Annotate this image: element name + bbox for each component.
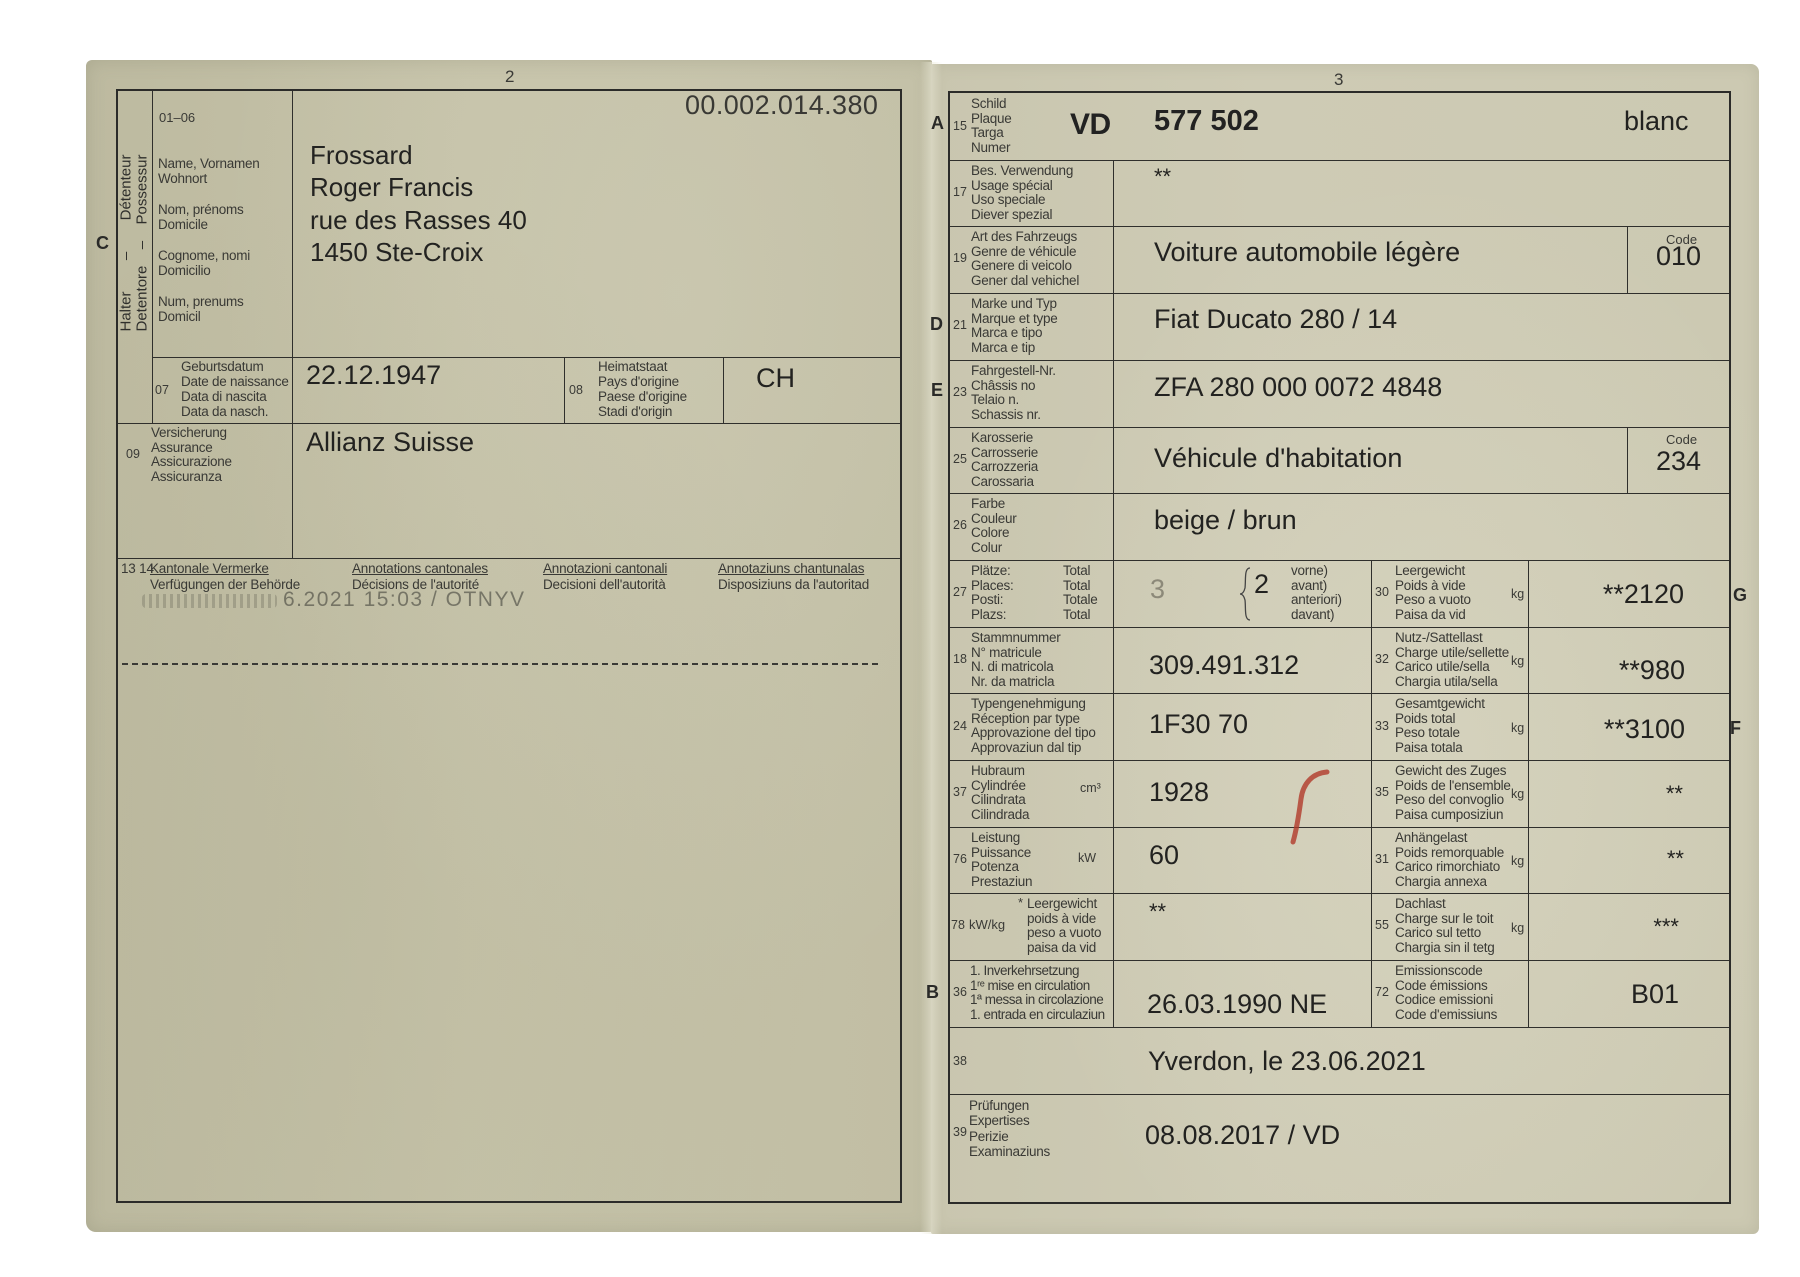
- make-type-value: Fiat Ducato 280 / 14: [1154, 303, 1397, 335]
- birth-date-label: Geburtsdatum Date de naissance Data di n…: [181, 359, 289, 419]
- displacement-label: Hubraum Cylindrée Cilindrata Cilindrada: [971, 764, 1029, 822]
- holder-name-address: Frossard Roger Francis rue des Rasses 40…: [310, 139, 527, 268]
- annotation-title: Annotazioni cantonali: [543, 561, 667, 577]
- margin-letter-c: C: [96, 232, 109, 254]
- empty-weight-label: Leergewicht Poids à vide Peso a vuoto Pa…: [1395, 564, 1471, 622]
- chassis-number: ZFA 280 000 0072 4848: [1154, 371, 1442, 403]
- insurance-value: Allianz Suisse: [306, 426, 474, 458]
- divider: [723, 357, 724, 423]
- divider: [950, 160, 1729, 161]
- payload-label: Nutz-/Sattellast Charge utile/sellette C…: [1395, 631, 1509, 689]
- holder-label: Name, Vornamen Wohnort: [158, 157, 260, 186]
- field-code: 39: [953, 1125, 967, 1139]
- make-type-label: Marke und Typ Marque et type Marca e tip…: [971, 297, 1058, 355]
- divider: [950, 693, 1729, 694]
- margin-letter-f: F: [1730, 717, 1741, 739]
- holder-field-range: 01–06: [159, 111, 195, 125]
- field-code: 27: [953, 585, 967, 599]
- unit-kg: kg: [1511, 787, 1524, 801]
- field-code: 17: [953, 185, 967, 199]
- power-to-weight-value: **: [1149, 896, 1166, 928]
- unit-kg: kg: [1511, 921, 1524, 935]
- annotation-codes: 13 14: [121, 561, 154, 577]
- faded-stamp-prefix: [142, 594, 277, 608]
- divider: [1627, 226, 1628, 293]
- emissions-code-label: Emissionscode Code émissions Codice emis…: [1395, 964, 1497, 1022]
- power-to-weight-label: Leergewicht poids à vide peso a vuoto pa…: [1027, 897, 1101, 955]
- divider: [118, 558, 900, 559]
- home-country-label: Heimatstaat Pays d'origine Paese d'origi…: [598, 359, 687, 419]
- margin-letter-g: G: [1733, 584, 1747, 606]
- divider: [950, 427, 1729, 428]
- first-registration-label: 1. Inverkehrsetzung 1ʳᵉ mise en circulat…: [970, 964, 1105, 1022]
- unit-kw-per-kg: kW/kg: [969, 918, 1005, 932]
- roof-load-value: ***: [1653, 911, 1679, 943]
- divider: [950, 293, 1729, 294]
- field-code: 08: [569, 383, 583, 397]
- margin-letter-b: B: [926, 981, 939, 1003]
- train-weight-value: **: [1666, 778, 1683, 810]
- power-value: 60: [1149, 839, 1179, 871]
- annotation-subtitle: Disposiziuns da l'autoritad: [718, 577, 869, 593]
- field-code: 24: [953, 719, 967, 733]
- field-code: 37: [953, 785, 967, 799]
- home-country-value: CH: [756, 362, 795, 394]
- holder-rotated-label: Halter – Détenteur Detentore – Possessur: [119, 155, 153, 332]
- annotation-subtitle: Verfügungen der Behörde: [150, 577, 300, 593]
- divider: [1627, 427, 1628, 493]
- annotation-subtitle: Decisioni dell'autorità: [543, 577, 667, 593]
- holder-label: Nom, prénoms Domicile: [158, 203, 244, 232]
- divider: [152, 357, 900, 358]
- annotation-title: Annotaziuns chantunalas: [718, 561, 869, 577]
- serial-number: 00.002.014.380: [685, 90, 878, 120]
- dashed-divider: [122, 663, 878, 665]
- brace-icon: [1239, 567, 1253, 621]
- divider: [292, 91, 293, 558]
- field-code: 76: [953, 852, 967, 866]
- color-label: Farbe Couleur Colore Colur: [971, 497, 1017, 555]
- registration-number-value: 309.491.312: [1149, 649, 1299, 681]
- roof-load-label: Dachlast Charge sur le toit Carico sul t…: [1395, 897, 1495, 955]
- divider: [950, 493, 1729, 494]
- body-code: 234: [1656, 445, 1701, 477]
- power-label: Leistung Puissance Potenza Prestaziun: [971, 831, 1032, 889]
- unit-cm3: cm³: [1080, 781, 1101, 795]
- field-code: 55: [1375, 918, 1389, 932]
- center-fold: [920, 62, 942, 1234]
- holder-label: Cognome, nomi Domicilio: [158, 249, 250, 278]
- divider: [950, 1094, 1729, 1095]
- divider: [950, 960, 1729, 961]
- annotation-header-de: Kantonale Vermerke Verfügungen der Behör…: [150, 561, 300, 592]
- inspections-value: 08.08.2017 / VD: [1145, 1119, 1340, 1151]
- seats-front-value: 2: [1254, 568, 1269, 600]
- inspections-label: Prüfungen Expertises Perizie Examinaziun…: [969, 1098, 1050, 1159]
- towing-load-value: **: [1667, 843, 1684, 875]
- plate-number: 577 502: [1154, 104, 1259, 138]
- margin-letter-a: A: [931, 112, 944, 134]
- first-registration-value: 26.03.1990 NE: [1147, 988, 1327, 1020]
- field-code: 35: [1375, 785, 1389, 799]
- field-code: 23: [953, 385, 967, 399]
- train-weight-label: Gewicht des Zuges Poids de l'ensemble Pe…: [1395, 764, 1511, 822]
- holder-label: Num, prenums Domicil: [158, 295, 244, 324]
- special-use-value: **: [1154, 161, 1171, 193]
- red-pen-mark: [1280, 762, 1340, 852]
- annotation-header-it: Annotazioni cantonali Decisioni dell'aut…: [543, 561, 667, 592]
- margin-letter-d: D: [930, 313, 943, 335]
- divider: [950, 1027, 1729, 1028]
- divider: [1113, 160, 1114, 1027]
- field-code: 72: [1375, 985, 1389, 999]
- field-code: 07: [155, 383, 169, 397]
- page-number-left: 2: [505, 68, 514, 86]
- vehicle-kind-value: Voiture automobile légère: [1154, 236, 1460, 268]
- unit-kg: kg: [1511, 721, 1524, 735]
- margin-letter-e: E: [931, 379, 943, 401]
- unit-kg: kg: [1511, 587, 1524, 601]
- color-value: beige / brun: [1154, 504, 1297, 536]
- vehicle-data-table: 15 Schild Plaque Targa Numer VD 577 502 …: [948, 91, 1731, 1204]
- field-code: 26: [953, 518, 967, 532]
- field-code: 25: [953, 452, 967, 466]
- divider: [1528, 560, 1529, 1027]
- body-label: Karosserie Carrosserie Carrozzeria Caros…: [971, 431, 1038, 489]
- type-approval-label: Typengenehmigung Réception par type Appr…: [971, 697, 1096, 755]
- gross-weight-value: **3100: [1604, 713, 1685, 745]
- chassis-label: Fahrgestell-Nr. Châssis no Telaio n. Sch…: [971, 364, 1056, 422]
- field-code: 30: [1375, 585, 1389, 599]
- field-code: 31: [1375, 852, 1389, 866]
- gross-weight-label: Gesamtgewicht Poids total Peso totale Pa…: [1395, 697, 1485, 755]
- plate-label: Schild Plaque Targa Numer: [971, 97, 1012, 155]
- divider: [950, 560, 1729, 561]
- divider: [950, 627, 1729, 628]
- divider: [1371, 560, 1372, 1027]
- issue-place-date: Yverdon, le 23.06.2021: [1148, 1045, 1426, 1077]
- asterisk-mark: *: [1018, 896, 1023, 910]
- seats-label: Plätze: Places: Posti: Plazs:: [971, 564, 1014, 622]
- annotation-title: Annotations cantonales: [352, 561, 488, 577]
- annotation-title: Kantonale Vermerke: [150, 561, 300, 577]
- seats-front-label: vorne) avant) anteriori) davant): [1291, 564, 1342, 622]
- field-code: 09: [126, 447, 140, 461]
- birth-date-value: 22.12.1947: [306, 359, 441, 391]
- faded-stamp: 6.2021 15:03 / OTNYV: [283, 588, 525, 612]
- field-code: 78: [951, 918, 965, 932]
- payload-value: **980: [1619, 654, 1685, 686]
- special-use-label: Bes. Verwendung Usage spécial Uso specia…: [971, 164, 1073, 222]
- holder-section: 00.002.014.380 Halter – Détenteur Detent…: [116, 89, 902, 1203]
- divider: [950, 226, 1729, 227]
- field-code: 33: [1375, 719, 1389, 733]
- field-code: 21: [953, 318, 967, 332]
- body-value: Véhicule d'habitation: [1154, 442, 1402, 474]
- divider: [950, 760, 1729, 761]
- divider: [950, 360, 1729, 361]
- divider: [950, 893, 1729, 894]
- unit-kg: kg: [1511, 854, 1524, 868]
- registration-number-label: Stammnummer N° matricule N. di matricola…: [971, 631, 1061, 689]
- field-code: 36: [953, 985, 967, 999]
- seats-total-label: Total Total Totale Total: [1063, 564, 1098, 622]
- holder-rotated-label-line: Halter – Détenteur: [119, 155, 135, 332]
- plate-color: blanc: [1624, 105, 1689, 137]
- displacement-value: 1928: [1149, 776, 1209, 808]
- holder-rotated-label-line: Detentore – Possessur: [135, 155, 151, 332]
- type-approval-value: 1F30 70: [1149, 708, 1248, 740]
- emissions-code-value: B01: [1631, 978, 1679, 1010]
- vehicle-kind-code: 010: [1656, 240, 1701, 272]
- unit-kw: kW: [1078, 851, 1096, 865]
- field-code: 19: [953, 251, 967, 265]
- divider: [564, 357, 565, 423]
- page-number-right: 3: [1334, 71, 1343, 89]
- plate-canton: VD: [1070, 108, 1111, 142]
- field-code: 32: [1375, 652, 1389, 666]
- empty-weight-value: **2120: [1603, 578, 1684, 610]
- field-code: 18: [953, 652, 967, 666]
- unit-kg: kg: [1511, 654, 1524, 668]
- field-code: 15: [953, 119, 967, 133]
- vehicle-kind-label: Art des Fahrzeugs Genre de véhicule Gene…: [971, 230, 1079, 288]
- annotation-header-rm: Annotaziuns chantunalas Disposiziuns da …: [718, 561, 869, 592]
- divider: [118, 423, 900, 424]
- insurance-label: Versicherung Assurance Assicurazione Ass…: [151, 426, 232, 484]
- towing-load-label: Anhängelast Poids remorquable Carico rim…: [1395, 831, 1504, 889]
- field-code: 38: [953, 1054, 967, 1068]
- seats-total-value: 3: [1150, 573, 1165, 605]
